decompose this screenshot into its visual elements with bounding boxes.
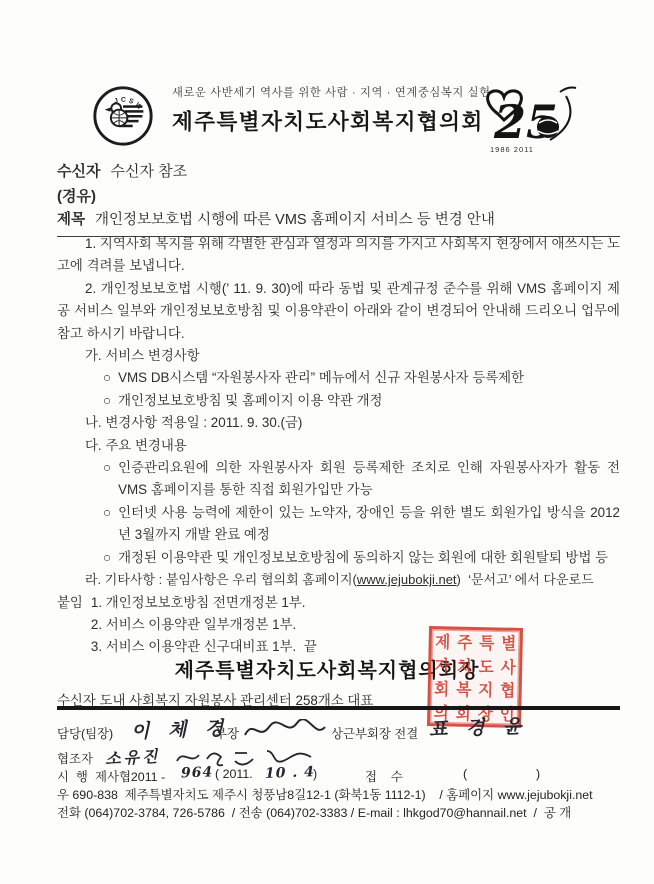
document-body: 1. 지역사회 복지를 위해 각별한 관심과 열정과 의지를 가지고 사회복지 … — [57, 233, 620, 659]
stamp-char: 지 — [474, 676, 497, 702]
ra-prefix: 라. 기타사항 : 붙임사항은 우리 협의회 홈페이지( — [85, 572, 357, 587]
section-ra: 라. 기타사항 : 붙임사항은 우리 협의회 홈페이지(www.jejubokj… — [57, 569, 620, 591]
stamp-char: 주 — [453, 629, 476, 655]
bullet-item: ○ 인터넷 사용 능력에 제한이 있는 노약자, 장애인 등을 위한 별도 회원… — [57, 502, 620, 547]
stamp-char: 별 — [497, 630, 520, 656]
slogan: 새로운 사반세기 역사를 위한 사람 · 지역 · 연계중심복지 실현 — [172, 84, 491, 100]
bullet-item: ○ 인증관리요원에 의한 자원봉사자 회원 등록제한 조치로 인해 자원봉사자가… — [57, 457, 620, 502]
stamp-char: 회 — [430, 675, 453, 701]
circle-bullet-icon: ○ — [103, 547, 111, 569]
circle-bullet-icon: ○ — [103, 367, 111, 389]
bujang-label: 부장 — [215, 724, 239, 742]
attachment-item: 1. 개인정보보호방침 전면개정본 1부. — [91, 592, 317, 614]
homepage-url: www.jejubokji.net — [357, 572, 457, 587]
bullet-text: 인증관리요원에 의한 자원봉사자 회원 등록제한 조치로 인해 자원봉사자가 활… — [118, 457, 620, 502]
bullet-item: ○ VMS DB시스템 “자원봉사자 관리” 메뉴에서 신규 자원봉사자 등록제… — [57, 367, 620, 389]
stamp-char: 특 — [475, 629, 498, 655]
stamp-char: 치 — [453, 652, 476, 678]
anniversary-years: 1986 2011 — [490, 145, 534, 154]
bujang-signature-scribble — [243, 719, 327, 745]
paragraph-greeting: 1. 지역사회 복지를 위해 각별한 관심과 열정과 의지를 가지고 사회복지 … — [57, 233, 620, 278]
bullet-text: 인터넷 사용 능력에 제한이 있는 노약자, 장애인 등을 위한 별도 회원가입… — [118, 502, 620, 547]
dispatch-date-close: ) — [313, 767, 317, 781]
bullet-text: 개정된 이용약관 및 개인정보보호방침에 동의하지 않는 회원에 대한 회원탈퇴… — [118, 547, 608, 569]
paragraph-intro: 2. 개인정보보호법 시행(’ 11. 9. 30)에 따라 동법 및 관계규정… — [57, 278, 620, 345]
letterhead-text: 새로운 사반세기 역사를 위한 사람 · 지역 · 연계중심복지 실현 제주특별… — [172, 82, 491, 136]
bullet-text: VMS DB시스템 “자원봉사자 관리” 메뉴에서 신규 자원봉사자 등록제한 — [118, 367, 524, 389]
attachments-label: 붙임 — [57, 592, 83, 659]
signer-title: 제주특별자치도사회복지협의회장 — [0, 654, 654, 683]
council-logo-icon: JCSW — [90, 82, 156, 148]
circle-bullet-icon: ○ — [103, 390, 111, 412]
via-row: (경유) — [57, 185, 96, 206]
ra-suffix: ) ‘문서고’ 에서 다운로드 — [457, 572, 594, 587]
stamp-char: 사 — [497, 653, 520, 679]
bullet-item: ○ 개인정보보호방침 및 홈페이지 이용 약관 개정 — [57, 390, 620, 412]
attachment-item: 2. 서비스 이용약관 일부개정본 1부. — [91, 614, 317, 636]
jeopsu-parens: ( ) — [463, 767, 540, 781]
recipient-label: 수신자 — [57, 163, 100, 180]
circle-bullet-icon: ○ — [103, 502, 111, 547]
doc-number-handwritten: 964 — [181, 764, 214, 781]
org-name: 제주특별자치도사회복지협의회 — [172, 105, 491, 136]
letterhead: JCSW 새로운 사반세기 역사를 위한 사람 · 지역 · 연계중심복지 실현… — [90, 82, 491, 148]
attachment-list: 1. 개인정보보호방침 전면개정본 1부. 2. 서비스 이용약관 일부개정본 … — [91, 592, 317, 659]
stamp-char: 제 — [431, 628, 454, 654]
damdang-label: 담당(팀장) — [57, 724, 113, 742]
subject-label: 제목 — [57, 212, 85, 228]
dispatch-date-handwritten: 10 . 4 — [265, 764, 315, 782]
bullet-text: 개인정보보호방침 및 홈페이지 이용 약관 개정 — [118, 390, 382, 412]
attachments: 붙임 1. 개인정보보호방침 전면개정본 1부. 2. 서비스 이용약관 일부개… — [57, 592, 620, 659]
section-na: 나. 변경사항 적용일 : 2011. 9. 30.(금) — [57, 412, 620, 434]
stamp-char: 복 — [452, 676, 475, 702]
contact-row: 전화 (064)702-3784, 726-5786 / 전송 (064)702… — [57, 801, 632, 833]
jeongyeol-label: 상근부회장 전결 — [331, 724, 418, 742]
stamp-char: 협 — [496, 677, 519, 703]
circle-bullet-icon: ○ — [103, 457, 111, 502]
contact-info: 전화 (064)702-3784, 726-5786 / 전송 (064)702… — [57, 803, 571, 821]
bullet-item: ○ 개정된 이용약관 및 개인정보보호방침에 동의하지 않는 회원에 대한 회원… — [57, 547, 620, 569]
subject-value: 개인정보보호법 시행에 따른 VMS 홈페이지 서비스 등 변경 안내 — [95, 212, 495, 228]
footer-divider — [57, 706, 620, 710]
section-da: 다. 주요 변경내용 — [57, 435, 620, 457]
recipient-value: 수신자 참조 — [110, 163, 187, 180]
section-ga: 가. 서비스 변경사항 — [57, 345, 620, 367]
anniversary-25-logo-icon: 25 1986 2011 — [476, 84, 598, 156]
approval-row: 담당(팀장) 이 체 경 부장 상근부회장 전결 표 경 윤 — [57, 713, 632, 745]
jeongyeol-signature: 표 경 윤 — [429, 711, 528, 741]
recipient-row: 수신자수신자 참조 — [57, 160, 187, 181]
scanned-official-letter: JCSW 새로운 사반세기 역사를 위한 사람 · 지역 · 연계중심복지 실현… — [0, 0, 654, 884]
stamp-char: 도 — [475, 653, 498, 679]
dispatch-date-open: ( 2011. — [215, 767, 253, 781]
stamp-char: 자 — [431, 652, 454, 678]
